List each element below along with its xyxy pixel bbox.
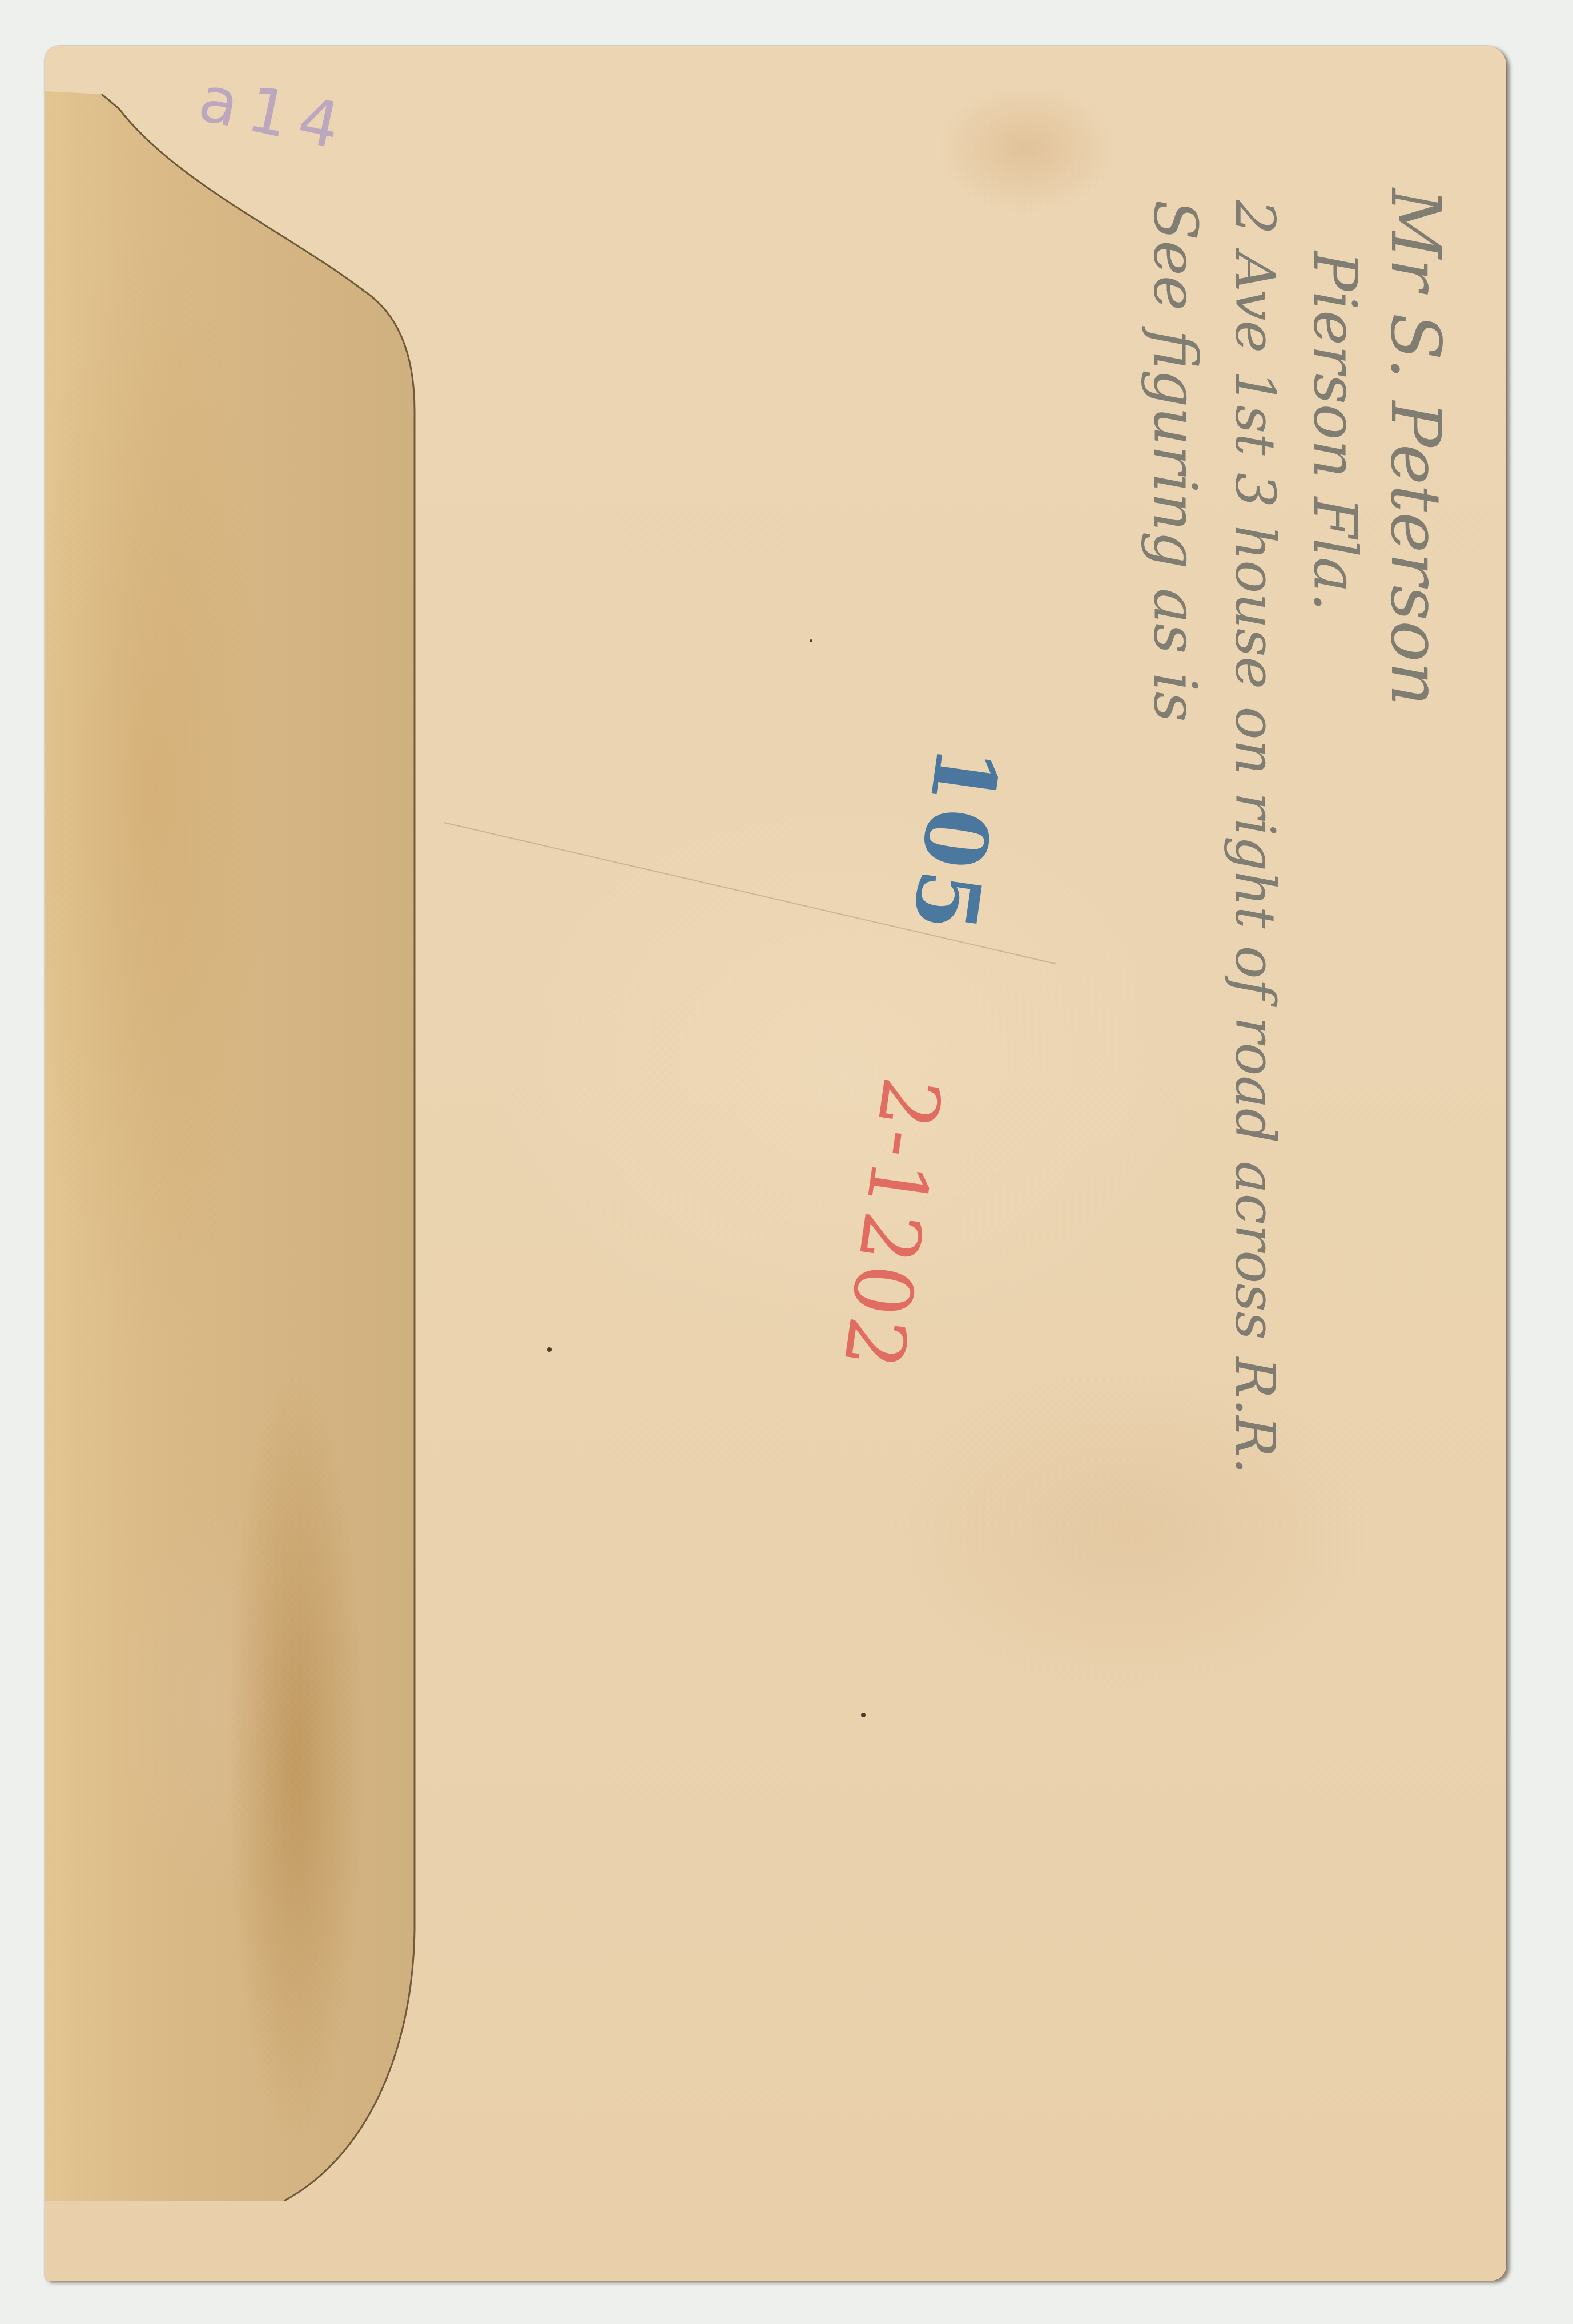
blue-ink-number: 105 bbox=[892, 740, 1018, 941]
address-town: Pierson Fla. bbox=[1295, 188, 1375, 1475]
paper-speck bbox=[547, 1347, 552, 1352]
address-directions: 2 Ave 1st 3 house on right of road acros… bbox=[1215, 188, 1295, 1475]
address-name: Mr S. Peterson bbox=[1375, 188, 1455, 1475]
address-note: See figuring as is bbox=[1135, 188, 1215, 1475]
paper-speck bbox=[810, 639, 812, 642]
corner-pencil-mark: a14 bbox=[193, 62, 357, 166]
red-stamp-number: 2-1202 bbox=[825, 1072, 958, 1376]
flap-paper bbox=[45, 46, 416, 2201]
paper-speck bbox=[861, 1713, 866, 1717]
envelope-back: a14 Mr S. Peterson Pierson Fla. 2 Ave 1s… bbox=[45, 46, 1506, 2281]
handwritten-address: Mr S. Peterson Pierson Fla. 2 Ave 1st 3 … bbox=[1135, 188, 1455, 1475]
